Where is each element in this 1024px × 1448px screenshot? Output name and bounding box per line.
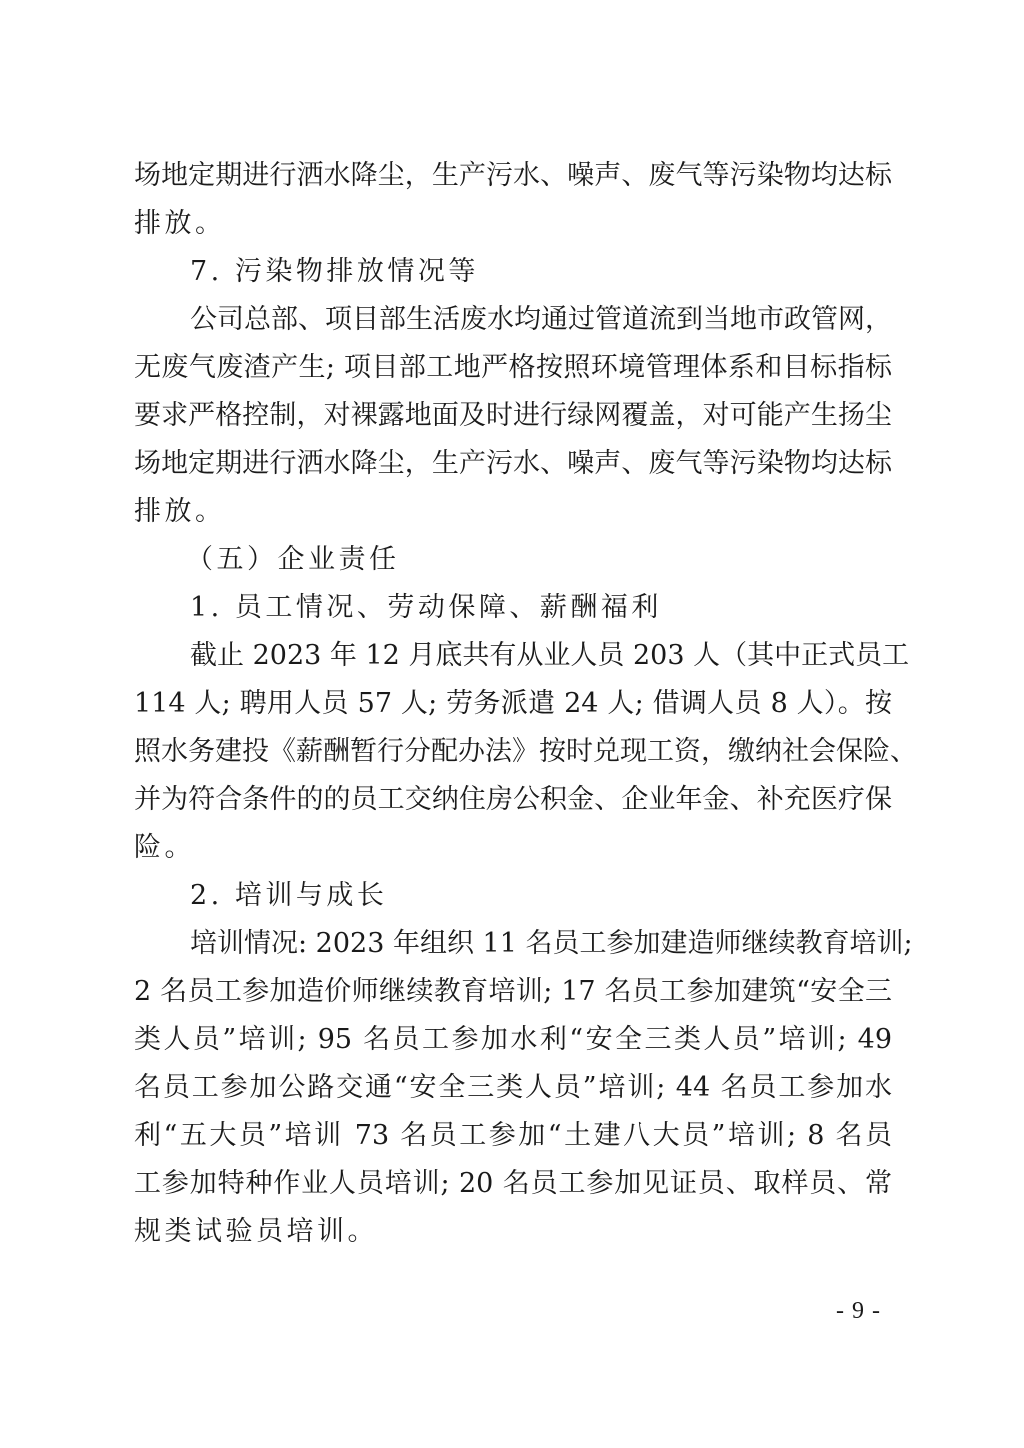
page-number: - 9 - [836,1298,881,1325]
page-body: 场地定期进行洒水降尘，生产污水、噪声、废气等污染物均达标 排放。 7. 污染物排… [134,152,892,1256]
text-line: 截止 2023 年 12 月底共有从业人员 203 人（其中正式员工 [134,632,892,680]
text-line: 并为符合条件的的员工交纳住房公积金、企业年金、补充医疗保 [134,776,892,824]
text-line: 照水务建投《薪酬暂行分配办法》按时兑现工资，缴纳社会保险、 [134,728,892,776]
text-line: 险。 [134,824,892,872]
text-line: 2 名员工参加造价师继续教育培训; 17 名员工参加建筑“安全三 [134,968,892,1016]
text-line: 排放。 [134,200,892,248]
text-line: 名员工参加公路交通“安全三类人员”培训; 44 名员工参加水 [134,1064,892,1112]
paragraph-continuation: 场地定期进行洒水降尘，生产污水、噪声、废气等污染物均达标 排放。 [134,152,892,248]
text-line: 类人员”培训; 95 名员工参加水利“安全三类人员”培训; 49 [134,1016,892,1064]
text-line: 规类试验员培训。 [134,1208,892,1256]
text-line: 工参加特种作业人员培训; 20 名员工参加见证员、取样员、常 [134,1160,892,1208]
heading-employee-situation: 1. 员工情况、劳动保障、薪酬福利 [134,584,892,632]
paragraph-training: 培训情况: 2023 年组织 11 名员工参加建造师继续教育培训; 2 名员工参… [134,920,892,1256]
document-page: 场地定期进行洒水降尘，生产污水、噪声、废气等污染物均达标 排放。 7. 污染物排… [0,0,1024,1448]
section-heading-corporate-responsibility: （五）企业责任 [134,536,892,584]
text-line: 培训情况: 2023 年组织 11 名员工参加建造师继续教育培训; [134,920,892,968]
text-line: 公司总部、项目部生活废水均通过管道流到当地市政管网， [134,296,892,344]
paragraph-employee-situation: 截止 2023 年 12 月底共有从业人员 203 人（其中正式员工 114 人… [134,632,892,872]
text-line: 场地定期进行洒水降尘，生产污水、噪声、废气等污染物均达标 [134,152,892,200]
text-line: 排放。 [134,488,892,536]
heading-pollutant-discharge: 7. 污染物排放情况等 [134,248,892,296]
text-line: 要求严格控制，对裸露地面及时进行绿网覆盖，对可能产生扬尘 [134,392,892,440]
heading-training-growth: 2. 培训与成长 [134,872,892,920]
text-line: 114 人; 聘用人员 57 人; 劳务派遣 24 人; 借调人员 8 人）。按 [134,680,892,728]
paragraph-pollutant-discharge: 公司总部、项目部生活废水均通过管道流到当地市政管网， 无废气废渣产生; 项目部工… [134,296,892,536]
text-line: 无废气废渣产生; 项目部工地严格按照环境管理体系和目标指标 [134,344,892,392]
text-line: 利“五大员”培训 73 名员工参加“土建八大员”培训; 8 名员 [134,1112,892,1160]
text-line: 场地定期进行洒水降尘，生产污水、噪声、废气等污染物均达标 [134,440,892,488]
